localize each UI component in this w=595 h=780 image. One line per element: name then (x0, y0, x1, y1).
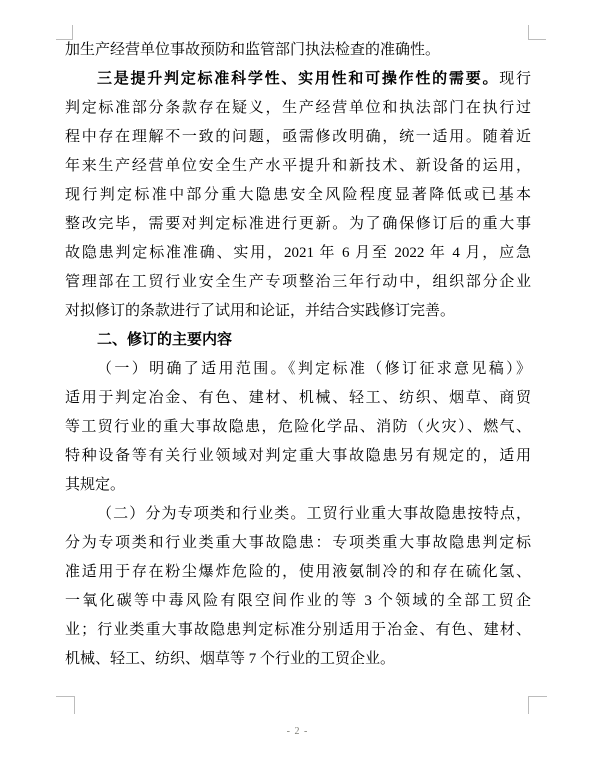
text-segment: 机械、轻工、纺织、烟草等 7 个行业的工贸企业。 (65, 651, 395, 667)
doc-line: 管理部在工贸行业安全生产专项整治三年行动中，组织部分企业 (65, 268, 531, 297)
doc-line: （二）分为专项类和行业类。工贸行业重大事故隐患按特点， (65, 500, 531, 529)
doc-line: 适用于判定冶金、有色、建材、机械、轻工、纺织、烟草、商贸 (65, 384, 531, 413)
text-segment: 对拟修订的条款进行了试用和论证，并结合实践修订完善。 (65, 303, 455, 319)
doc-line: 其规定。 (65, 471, 531, 500)
page-footer: - 2 - (0, 725, 595, 739)
document-body: 加生产经营单位事故预防和监管部门执法检查的准确性。三是提升判定标准科学性、实用性… (65, 36, 531, 674)
doc-line: 分为专项类和行业类重大事故隐患：专项类重大事故隐患判定标 (65, 529, 531, 558)
text-segment: 现行判定标准中部分重大隐患安全风险程度显著降低或已基本 (65, 187, 531, 203)
doc-line: 一氧化碳等中毒风险有限空间作业的等 3 个领域的全部工贸企 (65, 587, 531, 616)
text-segment: 现行 (499, 71, 531, 87)
text-segment: （二）分为专项类和行业类。工贸行业重大事故隐患按特点， (97, 506, 531, 522)
doc-line: （一）明确了适用范围。《判定标准（修订征求意见稿）》 (65, 355, 531, 384)
text-segment: 其规定。 (65, 477, 125, 493)
text-segment: 一氧化碳等中毒风险有限空间作业的等 3 个领域的全部工贸企 (65, 593, 531, 609)
doc-line: 等工贸行业的重大事故隐患，危险化学品、消防（火灾）、燃气、 (65, 413, 531, 442)
text-segment: 判定标准部分条款存在疑义，生产经营单位和执法部门在执行过 (65, 100, 531, 116)
text-segment: 准适用于存在粉尘爆炸危险的，使用液氨制冷的和存在硫化氢、 (65, 564, 531, 580)
text-segment: 业；行业类重大事故隐患判定标准分别适用于冶金、有色、建材、 (65, 622, 531, 638)
text-segment: 二、修订的主要内容 (97, 332, 232, 348)
text-segment: 故隐患判定标准准确、实用，2021 年 6 月至 2022 年 4 月，应急 (65, 245, 531, 261)
text-segment: 加生产经营单位事故预防和监管部门执法检查的准确性。 (65, 42, 440, 58)
doc-line: 程中存在理解不一致的问题，亟需修改明确，统一适用。随着近 (65, 123, 531, 152)
doc-line: 二、修订的主要内容 (65, 326, 531, 355)
text-segment: 分为专项类和行业类重大事故隐患：专项类重大事故隐患判定标 (65, 535, 531, 551)
text-segment: 适用于判定冶金、有色、建材、机械、轻工、纺织、烟草、商贸 (65, 390, 531, 406)
page-number: - 2 - (287, 726, 309, 737)
doc-line: 整改完毕，需要对判定标准进行更新。为了确保修订后的重大事 (65, 210, 531, 239)
document-page: 加生产经营单位事故预防和监管部门执法检查的准确性。三是提升判定标准科学性、实用性… (0, 0, 595, 780)
doc-line: 故隐患判定标准准确、实用，2021 年 6 月至 2022 年 4 月，应急 (65, 239, 531, 268)
doc-line: 准适用于存在粉尘爆炸危险的，使用液氨制冷的和存在硫化氢、 (65, 558, 531, 587)
text-boundary-mark-bottom-left (56, 696, 75, 714)
text-segment: 管理部在工贸行业安全生产专项整治三年行动中，组织部分企业 (65, 274, 531, 290)
doc-line: 现行判定标准中部分重大隐患安全风险程度显著降低或已基本 (65, 181, 531, 210)
doc-line: 判定标准部分条款存在疑义，生产经营单位和执法部门在执行过 (65, 94, 531, 123)
doc-line: 特种设备等有关行业领域对判定重大事故隐患另有规定的，适用 (65, 442, 531, 471)
text-segment: 年来生产经营单位安全生产水平提升和新技术、新设备的运用， (65, 158, 531, 174)
text-segment: 等工贸行业的重大事故隐患，危险化学品、消防（火灾）、燃气、 (65, 419, 531, 435)
doc-line: 机械、轻工、纺织、烟草等 7 个行业的工贸企业。 (65, 645, 531, 674)
doc-line: 三是提升判定标准科学性、实用性和可操作性的需要。现行 (65, 65, 531, 94)
text-segment: 三是提升判定标准科学性、实用性和可操作性的需要。 (97, 71, 499, 87)
doc-line: 对拟修订的条款进行了试用和论证，并结合实践修订完善。 (65, 297, 531, 326)
doc-line: 年来生产经营单位安全生产水平提升和新技术、新设备的运用， (65, 152, 531, 181)
text-segment: （一）明确了适用范围。《判定标准（修订征求意见稿）》 (97, 361, 531, 377)
text-boundary-mark-bottom-right (528, 696, 547, 714)
text-segment: 特种设备等有关行业领域对判定重大事故隐患另有规定的，适用 (65, 448, 531, 464)
text-segment: 整改完毕，需要对判定标准进行更新。为了确保修订后的重大事 (65, 216, 531, 232)
text-segment: 程中存在理解不一致的问题，亟需修改明确，统一适用。随着近 (65, 129, 531, 145)
doc-line: 加生产经营单位事故预防和监管部门执法检查的准确性。 (65, 36, 531, 65)
doc-line: 业；行业类重大事故隐患判定标准分别适用于冶金、有色、建材、 (65, 616, 531, 645)
